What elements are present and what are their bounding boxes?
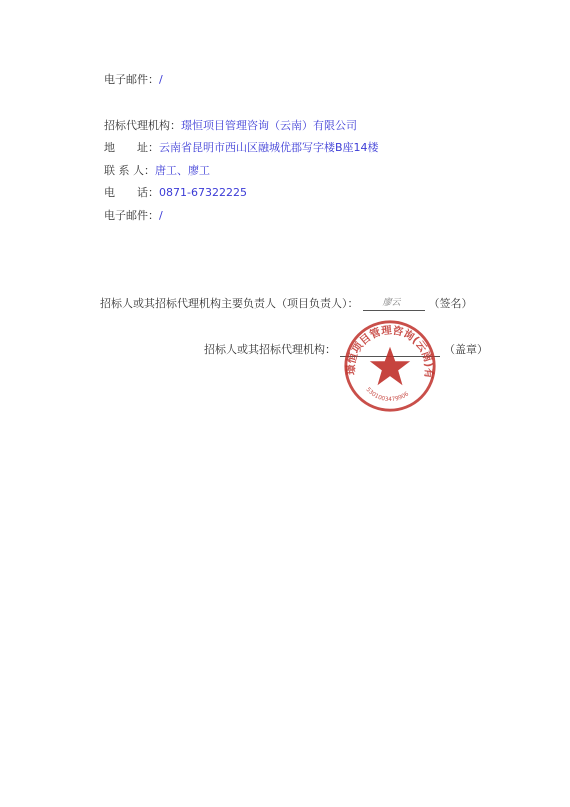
svg-text:5301003479906: 5301003479906: [364, 387, 410, 403]
company-seal-icon: 璟恒项目管理咨询(云南)有限公司 5301003479906: [342, 318, 438, 414]
signature-field: 廖云: [363, 298, 425, 311]
email-label: 电子邮件：: [104, 73, 159, 86]
seal-suffix: （盖章）: [444, 343, 488, 356]
agency-address-line: 地 址：云南省昆明市西山区融城优郡写字楼B座14楼: [104, 141, 379, 155]
agency-name-line: 招标代理机构：璟恒项目管理咨询（云南）有限公司: [104, 119, 357, 133]
phone-label: 电 话：: [104, 186, 159, 199]
email-line-top: 电子邮件：/: [104, 73, 163, 87]
phone-value: 0871-67322225: [159, 186, 247, 199]
responsible-signature-line: 招标人或其招标代理机构主要负责人（项目负责人）：廖云（签名）: [100, 297, 473, 311]
agency-seal-label: 招标人或其招标代理机构：: [204, 343, 336, 356]
handwritten-signature: 廖云: [383, 296, 401, 310]
sign-suffix: （签名）: [429, 297, 473, 310]
agency-email-label: 电子邮件：: [104, 209, 159, 222]
email-value: /: [159, 73, 163, 86]
seal-number: 5301003479906: [364, 387, 410, 403]
agency-name-label: 招标代理机构：: [104, 119, 181, 132]
contact-value: 唐工、廖工: [155, 164, 210, 177]
address-label: 地 址：: [104, 141, 159, 154]
responsible-label: 招标人或其招标代理机构主要负责人（项目负责人）：: [100, 297, 359, 310]
address-value: 云南省昆明市西山区融城优郡写字楼B座14楼: [159, 141, 379, 154]
agency-email-value: /: [159, 209, 163, 222]
agency-name-value: 璟恒项目管理咨询（云南）有限公司: [181, 119, 357, 132]
agency-email-line: 电子邮件：/: [104, 209, 163, 223]
agency-contact-line: 联 系 人：唐工、廖工: [104, 164, 210, 178]
agency-phone-line: 电 话：0871-67322225: [104, 186, 247, 200]
contact-label: 联 系 人：: [104, 164, 155, 177]
